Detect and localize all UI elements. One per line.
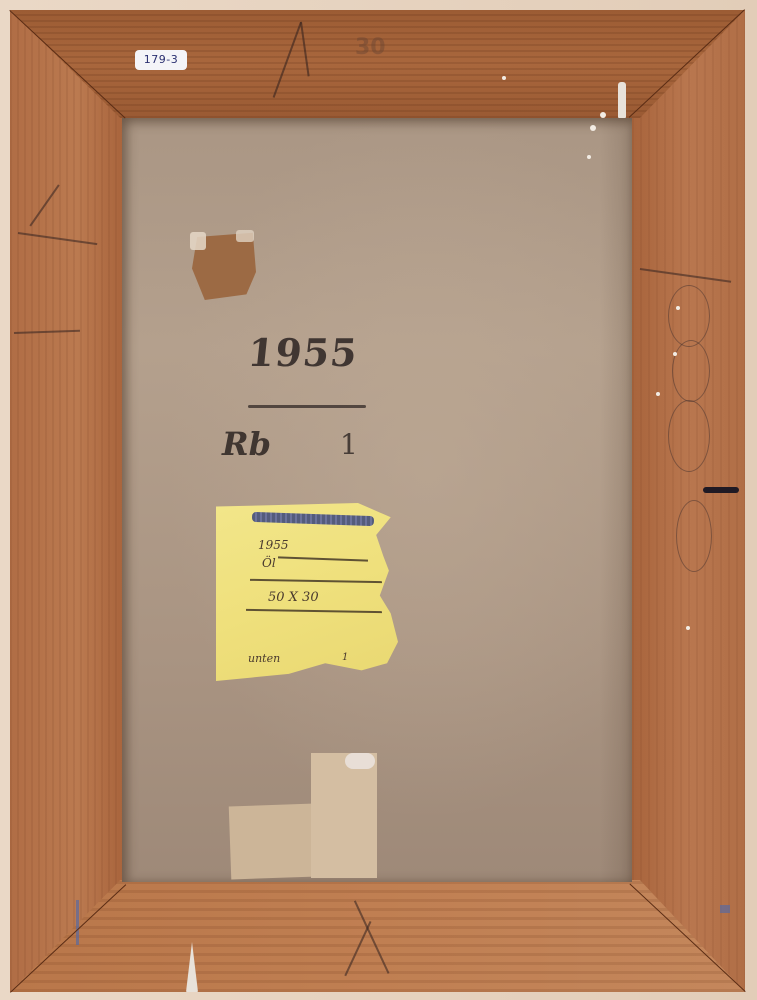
faint-pencil-number: 30 bbox=[355, 35, 386, 60]
label-line-position: unten bbox=[248, 652, 280, 665]
paint-dot bbox=[587, 155, 591, 159]
inventory-sticker: 179-3 bbox=[135, 50, 187, 70]
inscription-signature: Rb bbox=[222, 425, 271, 463]
paint-dot bbox=[600, 112, 606, 118]
label-line-medium: Öl bbox=[262, 556, 276, 570]
paint-dot bbox=[590, 125, 596, 131]
label-trailing-mark: 1 bbox=[342, 652, 348, 663]
blue-mark bbox=[720, 905, 730, 913]
black-marker-stroke bbox=[703, 487, 739, 493]
paint-dot bbox=[676, 306, 680, 310]
paint-dot bbox=[656, 392, 660, 396]
label-line-year: 1955 bbox=[258, 538, 289, 552]
inscription-underline bbox=[248, 405, 366, 408]
inscription-number: 1 bbox=[340, 428, 358, 461]
pencil-scribble bbox=[668, 400, 710, 472]
paint-drip bbox=[618, 82, 626, 118]
paint-dot bbox=[502, 76, 506, 80]
frame-left-bar bbox=[10, 10, 122, 992]
paint-dot bbox=[673, 352, 677, 356]
paper-tape bbox=[229, 804, 317, 880]
patch-highlight bbox=[190, 232, 206, 250]
patch-highlight bbox=[236, 230, 254, 242]
frame-top-bar bbox=[10, 10, 745, 118]
frame-bottom-bar bbox=[10, 880, 745, 992]
blue-mark bbox=[76, 900, 79, 945]
paper-tape bbox=[311, 753, 377, 878]
inscription-year: 1955 bbox=[246, 330, 360, 375]
paint-dot bbox=[686, 626, 690, 630]
painting-back-photo: 179-3 30 1955 Rb 1 1955 Öl 50 X 30 unten… bbox=[0, 0, 757, 1000]
tape-stain bbox=[345, 753, 375, 769]
label-line-dimensions: 50 X 30 bbox=[268, 590, 319, 605]
pencil-scribble bbox=[672, 340, 710, 402]
canvas-shadow bbox=[600, 118, 632, 882]
pencil-scribble bbox=[668, 285, 710, 347]
pencil-scribble bbox=[676, 500, 712, 572]
